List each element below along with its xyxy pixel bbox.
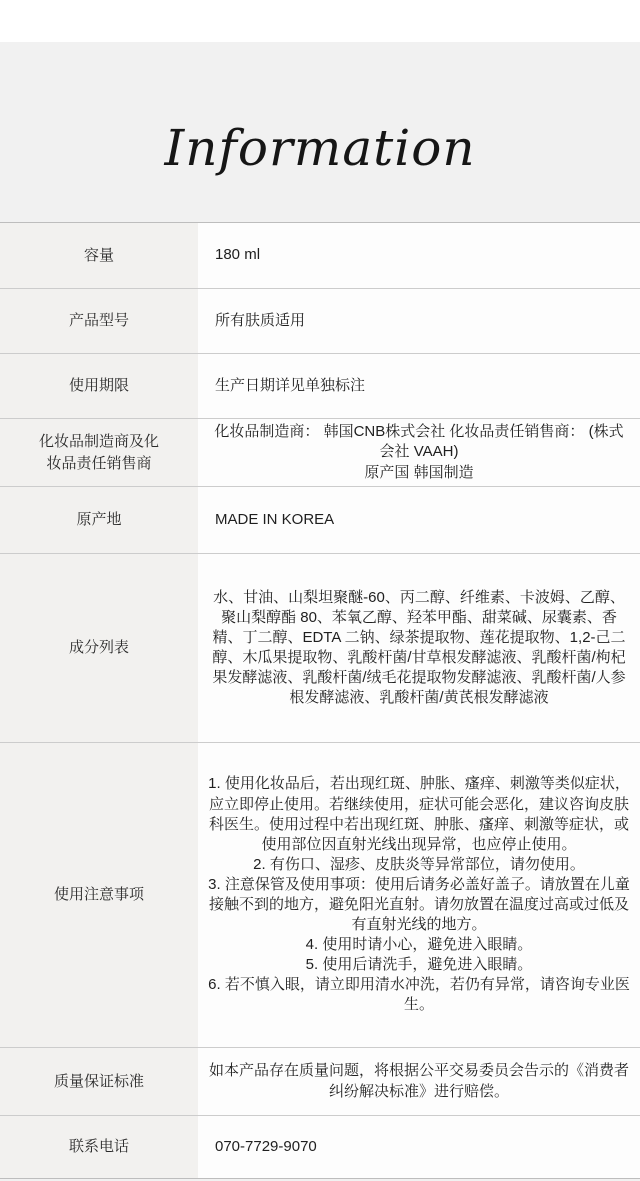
manufacturer-value: 化妆品制造商： 韩国CNB株式会社 化妆品责任销售商： (株式会社 VAAH) … — [198, 419, 640, 486]
product-model-value: 所有肤质适用 — [198, 289, 640, 353]
ingredients-value: 水、甘油、山梨坦聚醚-60、丙二醇、纤维素、卡波姆、乙醇、聚山梨醇酯 80、苯氧… — [198, 554, 640, 742]
table-row-warranty: 质量保证标准 如本产品存在质量问题，将根据公平交易委员会告示的《消费者纠纷解决标… — [0, 1048, 640, 1116]
ingredients-label: 成分列表 — [0, 554, 198, 742]
capacity-value: 180 ml — [198, 223, 640, 288]
expiration-value: 生产日期详见单独标注 — [198, 354, 640, 418]
warranty-value: 如本产品存在质量问题，将根据公平交易委员会告示的《消费者纠纷解决标准》进行赔偿。 — [198, 1048, 640, 1115]
origin-label: 原产地 — [0, 487, 198, 553]
table-row-manufacturer: 化妆品制造商及化 妆品责任销售商 化妆品制造商： 韩国CNB株式会社 化妆品责任… — [0, 419, 640, 487]
table-row-origin: 原产地 MADE IN KOREA — [0, 487, 640, 554]
top-white-band — [0, 0, 640, 42]
product-model-label: 产品型号 — [0, 289, 198, 353]
page-title: Information — [0, 118, 640, 178]
product-info-page: Information 容量 180 ml 产品型号 所有肤质适用 使用期限 生… — [0, 0, 640, 1181]
precautions-value: 1. 使用化妆品后，若出现红斑、肿胀、瘙痒、刺激等类似症状，应立即停止使用。若继… — [198, 743, 640, 1047]
table-row-ingredients: 成分列表 水、甘油、山梨坦聚醚-60、丙二醇、纤维素、卡波姆、乙醇、聚山梨醇酯 … — [0, 554, 640, 743]
table-row-precautions: 使用注意事项 1. 使用化妆品后，若出现红斑、肿胀、瘙痒、刺激等类似症状，应立即… — [0, 743, 640, 1048]
manufacturer-label: 化妆品制造商及化 妆品责任销售商 — [0, 419, 198, 486]
expiration-label: 使用期限 — [0, 354, 198, 418]
precautions-label: 使用注意事项 — [0, 743, 198, 1047]
contact-phone-value: 070-7729-9070 — [198, 1116, 640, 1178]
table-row-product-model: 产品型号 所有肤质适用 — [0, 289, 640, 354]
table-row-capacity: 容量 180 ml — [0, 223, 640, 289]
table-row-contact-phone: 联系电话 070-7729-9070 — [0, 1116, 640, 1178]
capacity-label: 容量 — [0, 223, 198, 288]
contact-phone-label: 联系电话 — [0, 1116, 198, 1178]
table-row-expiration: 使用期限 生产日期详见单独标注 — [0, 354, 640, 419]
warranty-label: 质量保证标准 — [0, 1048, 198, 1115]
product-info-table: 容量 180 ml 产品型号 所有肤质适用 使用期限 生产日期详见单独标注 化妆… — [0, 222, 640, 1179]
origin-value: MADE IN KOREA — [198, 487, 640, 553]
